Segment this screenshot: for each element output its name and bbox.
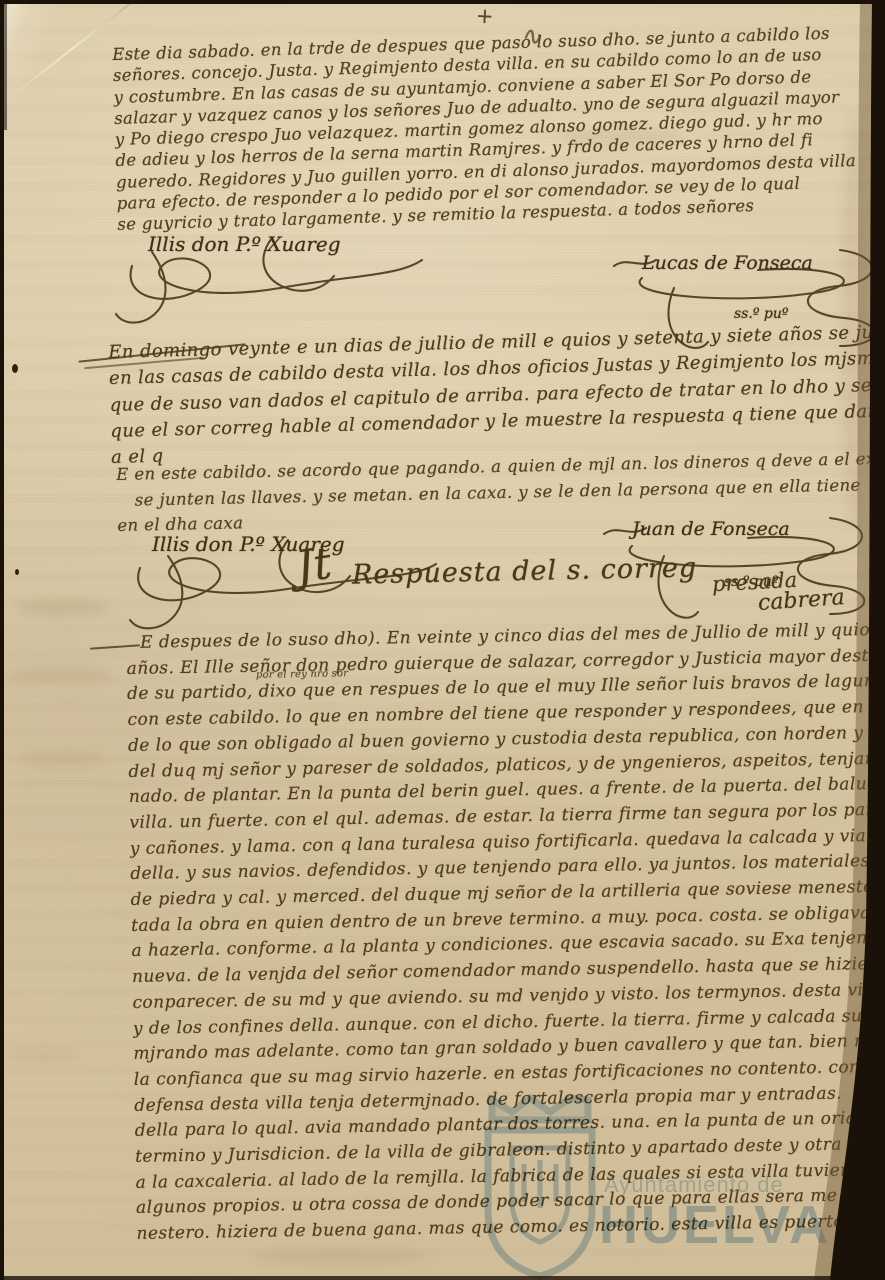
ink-speck xyxy=(12,364,18,373)
signature-name: Lucas de Fonseca xyxy=(642,252,813,274)
signature-name: Illis don P.º Xuareg xyxy=(148,232,341,256)
signature-name: Juan de Fonseca xyxy=(632,518,790,540)
manuscript-scan: + ∿ Este dia sabado. en la trde de despu… xyxy=(0,0,885,1280)
signature-corregidor-1: Illis don P.º Xuareg xyxy=(122,218,432,318)
heading-paraph-mark: Jt xyxy=(293,538,335,593)
cross-mark: + xyxy=(475,4,494,29)
ink-speck xyxy=(15,569,19,575)
signature-title: ss.º puº xyxy=(734,306,788,322)
response-body-paragraph: E despues de lo suso dho). En veinte y c… xyxy=(126,618,885,1248)
opening-entry-paragraph: Este dia sabado. en la trde de despues q… xyxy=(112,21,877,235)
